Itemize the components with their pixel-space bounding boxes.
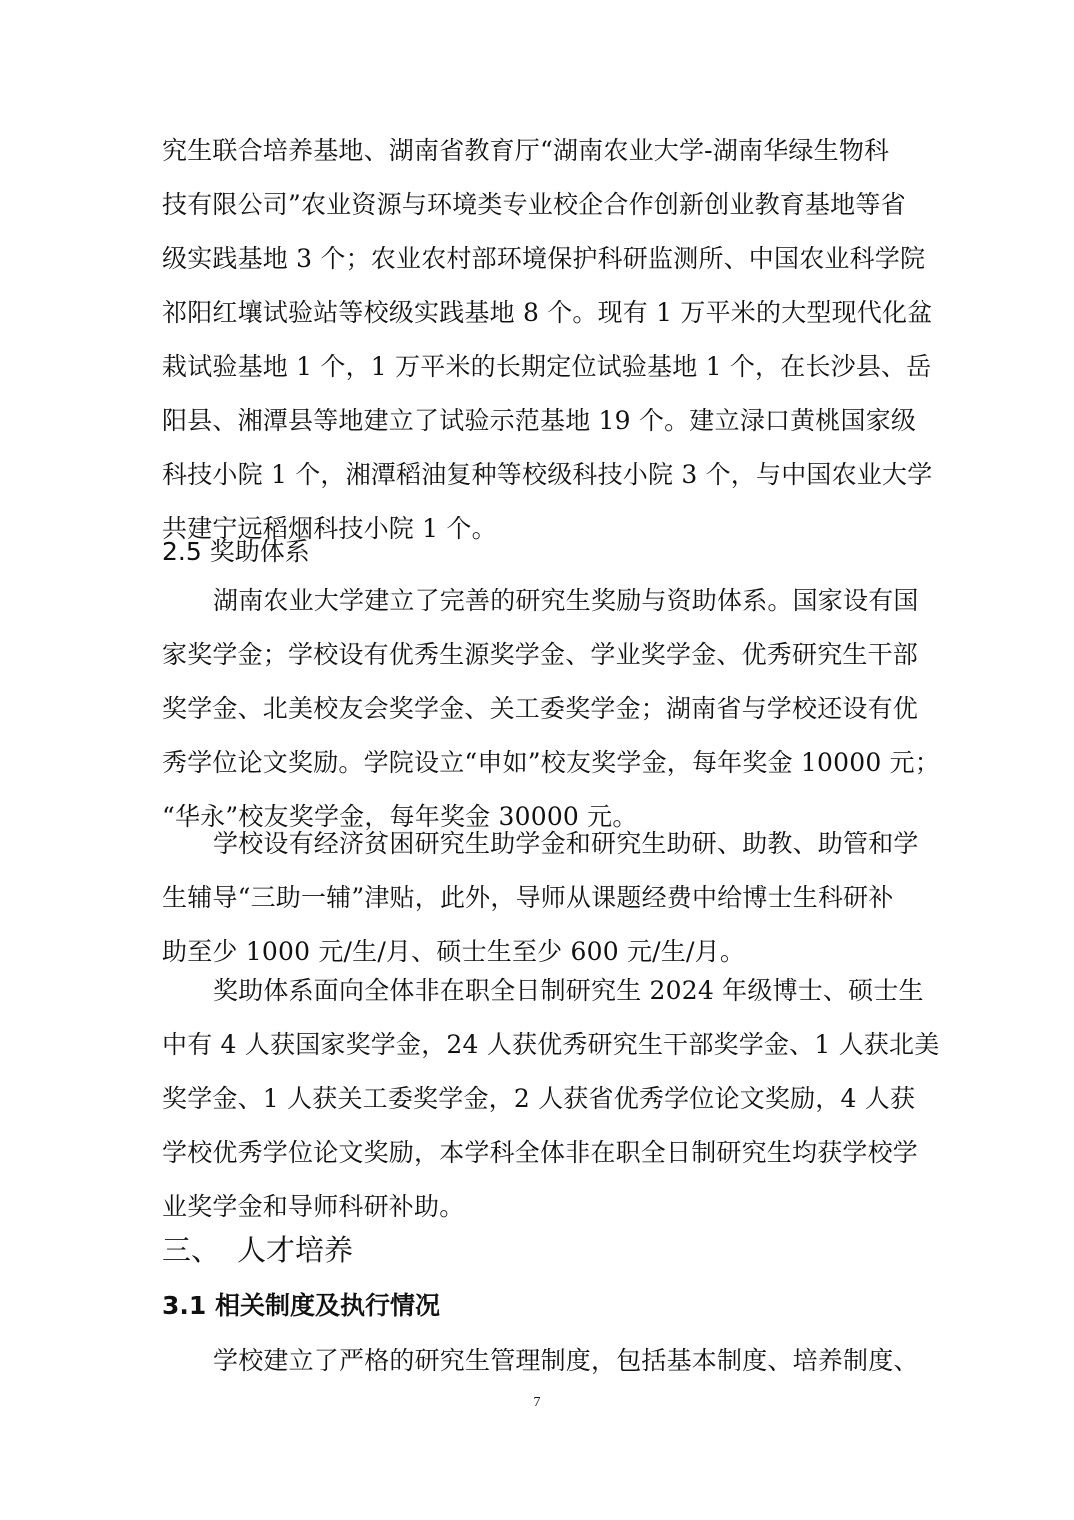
section-title: 人才培养	[237, 1233, 353, 1267]
paragraph-line: 湖南农业大学建立了完善的研究生奖励与资助体系。国家设有国	[213, 586, 913, 616]
paragraph-line: 奖学金、北美校友会奖学金、关工委奖学金；湖南省与学校还设有优	[162, 694, 912, 724]
paragraph-line: 业奖学金和导师科研补助。	[162, 1192, 912, 1222]
paragraph-line: 奖学金、1 人获关工委奖学金，2 人获省优秀学位论文奖励，4 人获	[162, 1084, 912, 1114]
paragraph-line: “华永”校友奖学金，每年奖金 30000 元。	[162, 802, 912, 832]
page-number: 7	[0, 1395, 1074, 1411]
paragraph-line: 级实践基地 3 个；农业农村部环境保护科研监测所、中国农业科学院	[162, 244, 912, 274]
section-heading-2-5: 2.5 奖助体系	[162, 537, 310, 567]
paragraph-line: 秀学位论文奖励。学院设立“申如”校友奖学金，每年奖金 10000 元；	[162, 748, 912, 778]
paragraph-line: 学校优秀学位论文奖励，本学科全体非在职全日制研究生均获学校学	[162, 1138, 912, 1168]
document-page: 究生联合培养基地、湖南省教育厅“湖南农业大学-湖南华绿生物科 技有限公司”农业资…	[0, 0, 1074, 1520]
paragraph-line: 祁阳红壤试验站等校级实践基地 8 个。现有 1 万平米的大型现代化盆	[162, 298, 912, 328]
paragraph-line: 技有限公司”农业资源与环境类专业校企合作创新创业教育基地等省	[162, 190, 912, 220]
section-heading-3-1: 3.1 相关制度及执行情况	[162, 1291, 440, 1321]
paragraph-line: 奖助体系面向全体非在职全日制研究生 2024 年级博士、硕士生	[213, 976, 913, 1006]
paragraph-line: 生辅导“三助一辅”津贴，此外，导师从课题经费中给博士生科研补	[162, 883, 912, 913]
paragraph-line: 助至少 1000 元/生/月、硕士生至少 600 元/生/月。	[162, 937, 912, 967]
paragraph-line: 学校建立了严格的研究生管理制度，包括基本制度、培养制度、	[213, 1346, 913, 1376]
paragraph-line: 阳县、湘潭县等地建立了试验示范基地 19 个。建立渌口黄桃国家级	[162, 406, 912, 436]
paragraph-line: 科技小院 1 个，湘潭稻油复种等校级科技小院 3 个，与中国农业大学	[162, 460, 912, 490]
paragraph-line: 家奖学金；学校设有优秀生源奖学金、学业奖学金、优秀研究生干部	[162, 640, 912, 670]
section-number: 三、	[162, 1233, 237, 1267]
section-heading-3: 三、人才培养	[162, 1233, 353, 1267]
paragraph-line: 究生联合培养基地、湖南省教育厅“湖南农业大学-湖南华绿生物科	[162, 136, 912, 166]
paragraph-line: 中有 4 人获国家奖学金，24 人获优秀研究生干部奖学金、1 人获北美	[162, 1030, 912, 1060]
paragraph-line: 栽试验基地 1 个，1 万平米的长期定位试验基地 1 个，在长沙县、岳	[162, 352, 912, 382]
paragraph-line: 学校设有经济贫困研究生助学金和研究生助研、助教、助管和学	[213, 829, 913, 859]
